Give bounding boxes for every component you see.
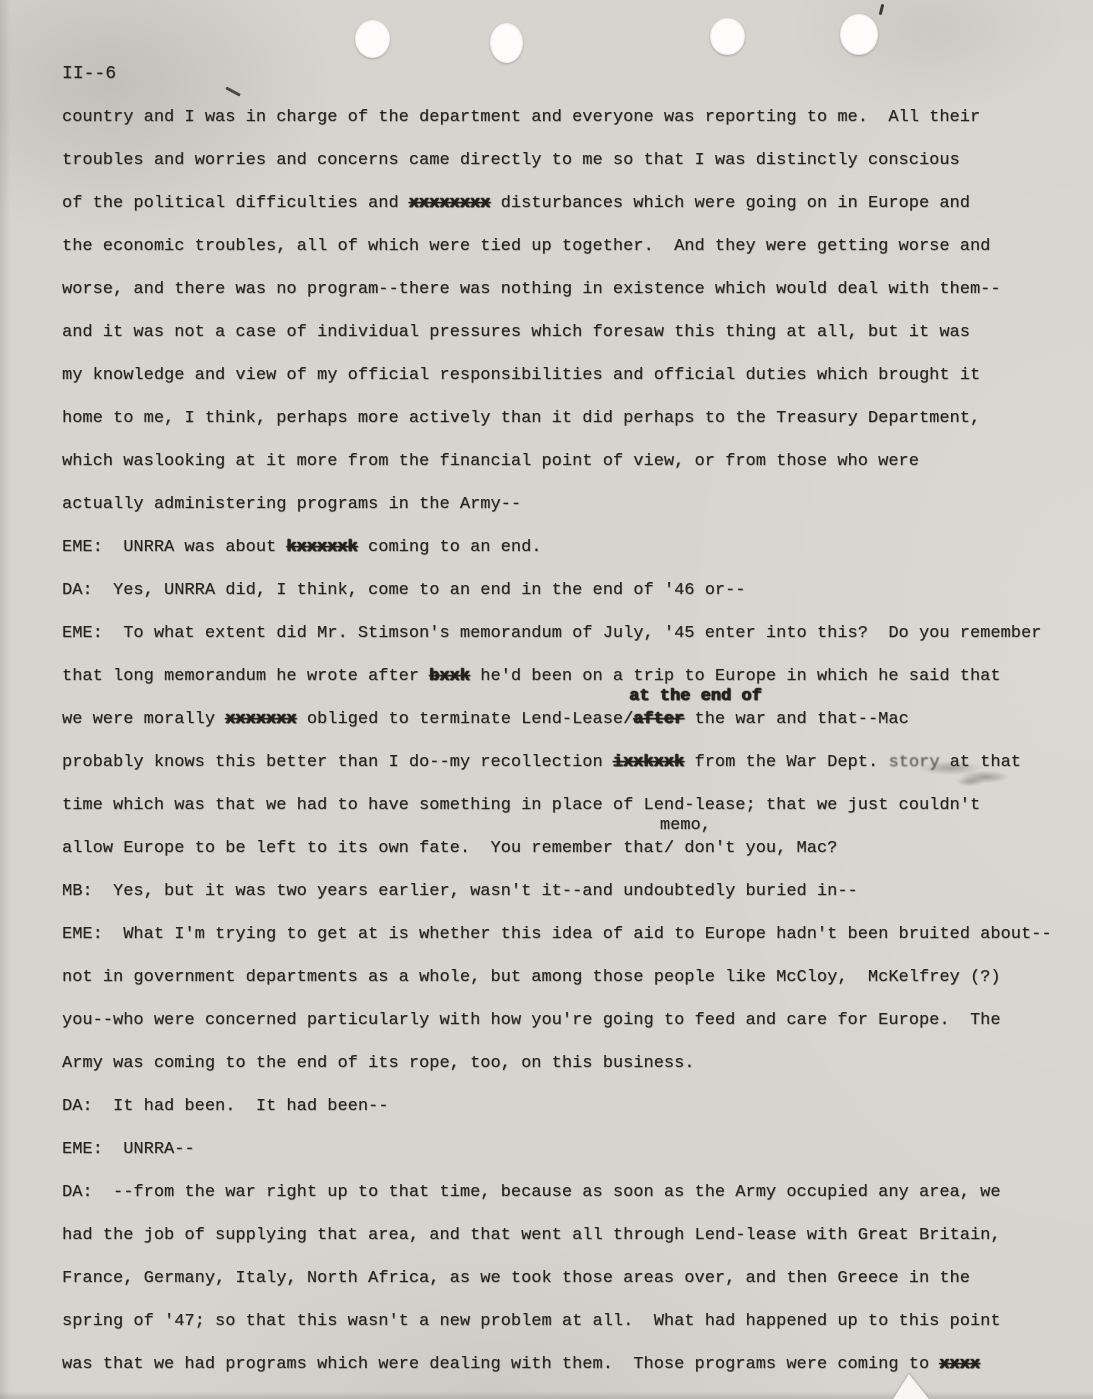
text-line: EME: What I'm trying to get at is whethe…	[62, 913, 1072, 956]
text-segment: DA: Yes, UNRRA did, I think, come to an …	[62, 581, 746, 600]
erasure-smudge	[915, 756, 1015, 786]
text-line: my knowledge and view of my official res…	[62, 354, 1072, 397]
text-segment: time which was that we had to have somet…	[62, 796, 980, 815]
text-line: had the job of supplying that area, and …	[62, 1214, 1072, 1257]
text-line: actually administering programs in the A…	[62, 483, 1072, 526]
struck-out-word: ixxkxxk	[613, 753, 684, 772]
text-line: and it was not a case of individual pres…	[62, 311, 1072, 354]
text-line: troubles and worries and concerns came d…	[62, 139, 1072, 182]
text-line: the economic troubles, all of which were…	[62, 225, 1072, 268]
text-segment: and it was not a case of individual pres…	[62, 323, 970, 342]
text-segment: coming to an end.	[358, 538, 542, 557]
text-segment: that long memorandum he wrote after	[62, 667, 429, 686]
text-line: of the political difficulties and xxxxxx…	[62, 182, 1072, 225]
text-segment: from the War Dept.	[684, 753, 888, 772]
interlinear-insertion: at the end of	[629, 688, 762, 705]
text-segment: we were morally	[62, 710, 225, 729]
struck-out-word: kxxxxxk	[286, 538, 357, 557]
text-segment: the economic troubles, all of which were…	[62, 237, 990, 256]
text-line: EME: UNRRA was about kxxxxxk coming to a…	[62, 526, 1072, 569]
text-segment: my knowledge and view of my official res…	[62, 366, 980, 385]
text-segment: EME: To what extent did Mr. Stimson's me…	[62, 624, 1041, 643]
text-segment: DA: --from the war right up to that time…	[62, 1183, 1001, 1202]
text-line: DA: --from the war right up to that time…	[62, 1171, 1072, 1214]
page-number: II--6	[62, 64, 116, 84]
interlinear-insertion: memo,	[660, 817, 711, 834]
text-line: EME: UNRRA--	[62, 1128, 1072, 1171]
text-line: not in government departments as a whole…	[62, 956, 1072, 999]
text-line: you--who were concerned particularly wit…	[62, 999, 1072, 1042]
text-segment: France, Germany, Italy, North Africa, as…	[62, 1269, 970, 1288]
text-segment: disturbances which were going on in Euro…	[490, 194, 969, 213]
struck-out-word: xxxxxxxx	[409, 194, 491, 213]
text-segment: he'd been on a trip to Europe in which h…	[470, 667, 1001, 686]
text-line: spring of '47; so that this wasn't a new…	[62, 1300, 1072, 1343]
text-segment: EME: What I'm trying to get at is whethe…	[62, 925, 1052, 944]
text-segment: of the political difficulties and	[62, 194, 409, 213]
text-segment: country and I was in charge of the depar…	[62, 108, 980, 127]
struck-out-word: afterat the end of	[633, 710, 684, 729]
struck-out-word: bxxk	[429, 667, 470, 686]
paper-tear	[893, 1374, 929, 1399]
text-line: country and I was in charge of the depar…	[62, 96, 1072, 139]
text-line: home to me, I think, perhaps more active…	[62, 397, 1072, 440]
text-segment: MB: Yes, but it was two years earlier, w…	[62, 882, 858, 901]
text-line: allow Europe to be left to its own fate.…	[62, 827, 1072, 870]
text-segment: EME: UNRRA was about	[62, 538, 286, 557]
punch-hole	[710, 18, 745, 55]
text-line: France, Germany, Italy, North Africa, as…	[62, 1257, 1072, 1300]
text-segment: DA: It had been. It had been--	[62, 1097, 388, 1116]
struck-out-word: xxxxxxx	[225, 710, 296, 729]
punch-hole	[490, 23, 523, 63]
text-segment: the war and that--Mac	[684, 710, 908, 729]
text-line: DA: It had been. It had been--	[62, 1085, 1072, 1128]
text-segment: which waslooking at it more from the fin…	[62, 452, 919, 471]
text-line: MB: Yes, but it was two years earlier, w…	[62, 870, 1072, 913]
text-line: Army was coming to the end of its rope, …	[62, 1042, 1072, 1085]
text-line: time which was that we had to have somet…	[62, 784, 1072, 827]
text-segment: probably knows this better than I do--my…	[62, 753, 613, 772]
text-segment: troubles and worries and concerns came d…	[62, 151, 960, 170]
text-line: that long memorandum he wrote after bxxk…	[62, 655, 1072, 698]
punch-hole	[355, 20, 390, 58]
text-segment: had the job of supplying that area, and …	[62, 1226, 1001, 1245]
text-segment: was that we had programs which were deal…	[62, 1355, 939, 1374]
text-segment: worse, and there was no program--there w…	[62, 280, 1001, 299]
text-line: worse, and there was no program--there w…	[62, 268, 1072, 311]
text-segment: not in government departments as a whole…	[62, 968, 1001, 987]
text-segment: allow Europe to be left to its own fate.…	[62, 839, 664, 858]
text-segment: Army was coming to the end of its rope, …	[62, 1054, 695, 1073]
text-line: DA: Yes, UNRRA did, I think, come to an …	[62, 569, 1072, 612]
struck-out-word: xxxx	[939, 1355, 980, 1374]
punch-hole	[840, 14, 878, 55]
transcript-body: country and I was in charge of the depar…	[62, 96, 1072, 1386]
text-segment: don't you, Mac?	[674, 839, 837, 858]
text-segment: actually administering programs in the A…	[62, 495, 521, 514]
text-line: EME: To what extent did Mr. Stimson's me…	[62, 612, 1072, 655]
text-line: which waslooking at it more from the fin…	[62, 440, 1072, 483]
text-segment: obliged to terminate Lend-Lease/	[297, 710, 634, 729]
text-segment: you--who were concerned particularly wit…	[62, 1011, 1001, 1030]
text-segment: home to me, I think, perhaps more active…	[62, 409, 980, 428]
text-segment: /memo,	[664, 839, 674, 858]
text-line: we were morally xxxxxxx obliged to termi…	[62, 698, 1072, 741]
text-segment: EME: UNRRA--	[62, 1140, 195, 1159]
text-segment: spring of '47; so that this wasn't a new…	[62, 1312, 1001, 1331]
